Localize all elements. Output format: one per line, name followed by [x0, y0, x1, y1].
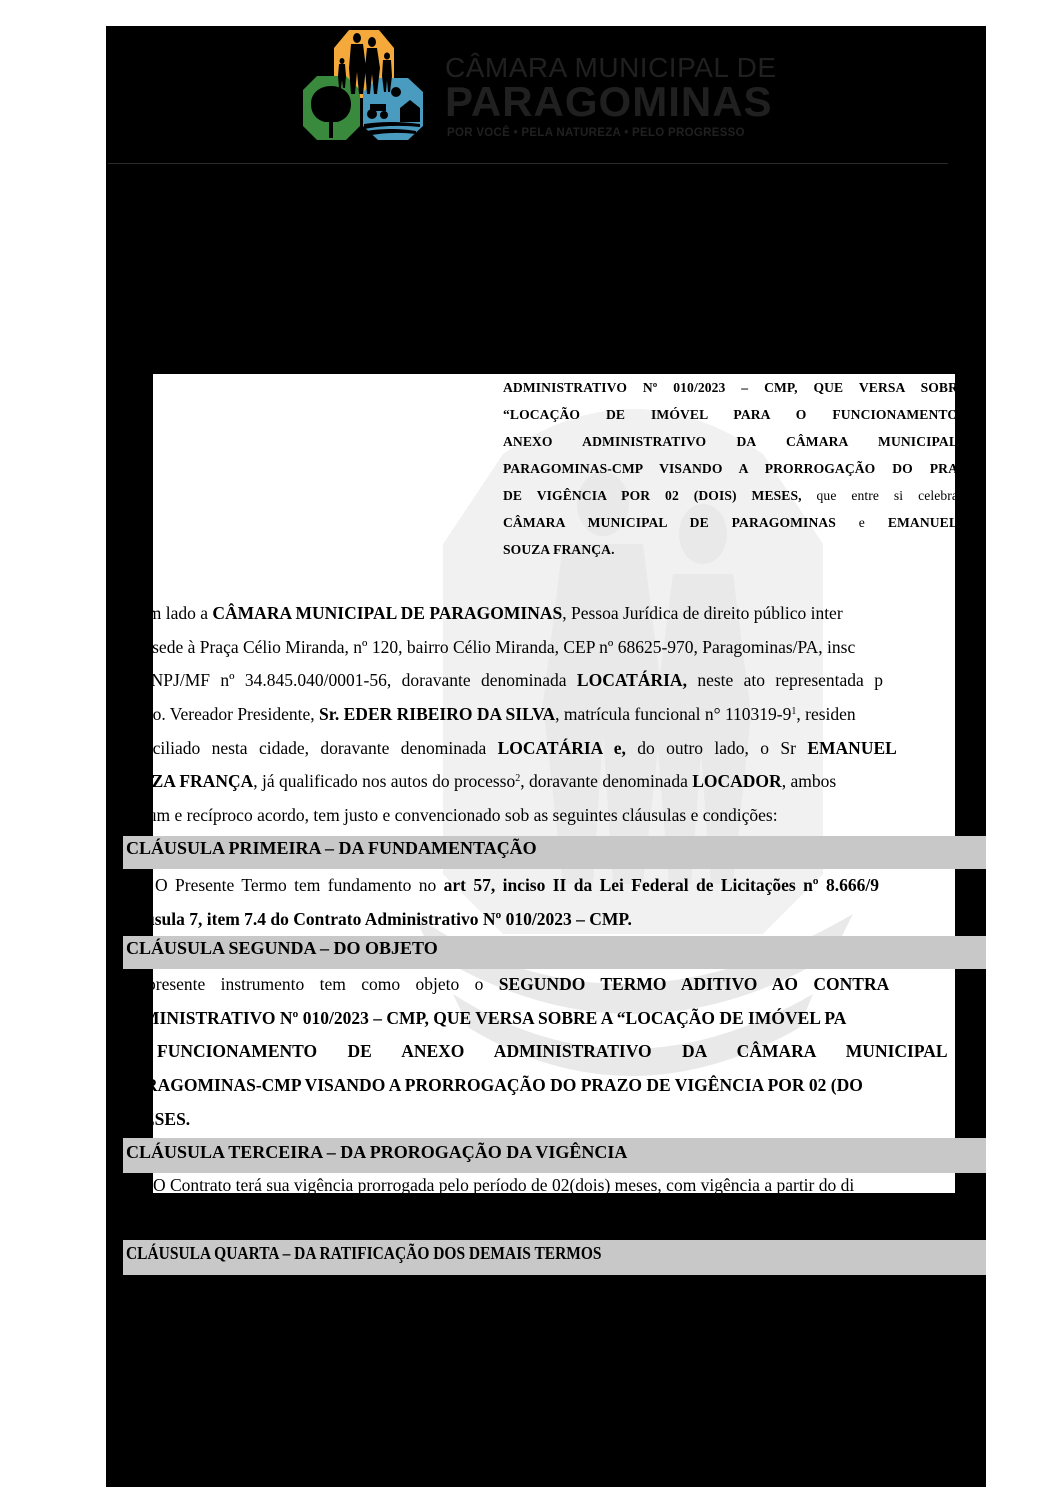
summary-line: “LOCAÇÃO DE IMÓVEL PARA O FUNCIONAMENTO	[503, 401, 955, 428]
preamble-line: niciliado nesta cidade, doravante denomi…	[153, 732, 897, 766]
org-name-line2: PARAGOMINAS	[445, 78, 773, 126]
preamble-line: um lado a CÂMARA MUNICIPAL DE PARAGOMINA…	[153, 597, 897, 631]
document-content: ADMINISTRATIVO Nº 010/2023 – CMP, QUE VE…	[153, 374, 955, 1172]
summary-line: CÂMARA MUNICIPAL DE PARAGOMINAS e EMANUE…	[503, 509, 955, 536]
preamble-line: CNPJ/MF nº 34.845.040/0001-56, doravante…	[153, 664, 897, 698]
clause-1-title: CLÁUSULA PRIMEIRA – DA FUNDAMENTAÇÃO	[123, 836, 986, 869]
preamble-line: n sede à Praça Célio Miranda, nº 120, ba…	[153, 631, 897, 665]
summary-line: SOUZA FRANÇA.	[503, 536, 955, 563]
clause-2-body: presente instrumento tem como objeto o S…	[153, 968, 948, 1137]
preamble-line: num e recíproco acordo, tem justo e conv…	[153, 799, 897, 833]
org-tagline: POR VOCÊ • PELA NATUREZA • PELO PROGRESS…	[447, 127, 745, 139]
preamble-paragraph: um lado a CÂMARA MUNICIPAL DE PARAGOMINA…	[153, 597, 897, 833]
paragominas-logo-icon	[302, 28, 432, 143]
clause-4-title: CLÁUSULA QUARTA – DA RATIFICAÇÃO DOS DEM…	[123, 1240, 986, 1275]
summary-line: DE VIGÊNCIA POR 02 (DOIS) MESES, que ent…	[503, 482, 955, 509]
summary-line: PARAGOMINAS-CMP VISANDO A PRORROGAÇÃO DO…	[503, 455, 955, 482]
clause-3-title: CLÁUSULA TERCEIRA – DA PROROGAÇÃO DA VIG…	[123, 1138, 986, 1173]
contract-summary: ADMINISTRATIVO Nº 010/2023 – CMP, QUE VE…	[503, 374, 955, 563]
preamble-line: UZA FRANÇA, já qualificado nos autos do …	[153, 765, 897, 799]
summary-line: ADMINISTRATIVO Nº 010/2023 – CMP, QUE VE…	[503, 374, 955, 401]
clause-1-body: O Presente Termo tem fundamento no art 5…	[153, 868, 879, 936]
header-divider	[108, 163, 948, 164]
summary-line: ANEXO ADMINISTRATIVO DA CÂMARA MUNICIPAL	[503, 428, 955, 455]
clause-2-title: CLÁUSULA SEGUNDA – DO OBJETO	[123, 936, 986, 969]
preamble-line: mo. Vereador Presidente, Sr. EDER RIBEIR…	[153, 698, 897, 732]
clause-3-body: O Contrato terá sua vigência prorrogada …	[153, 1173, 955, 1193]
